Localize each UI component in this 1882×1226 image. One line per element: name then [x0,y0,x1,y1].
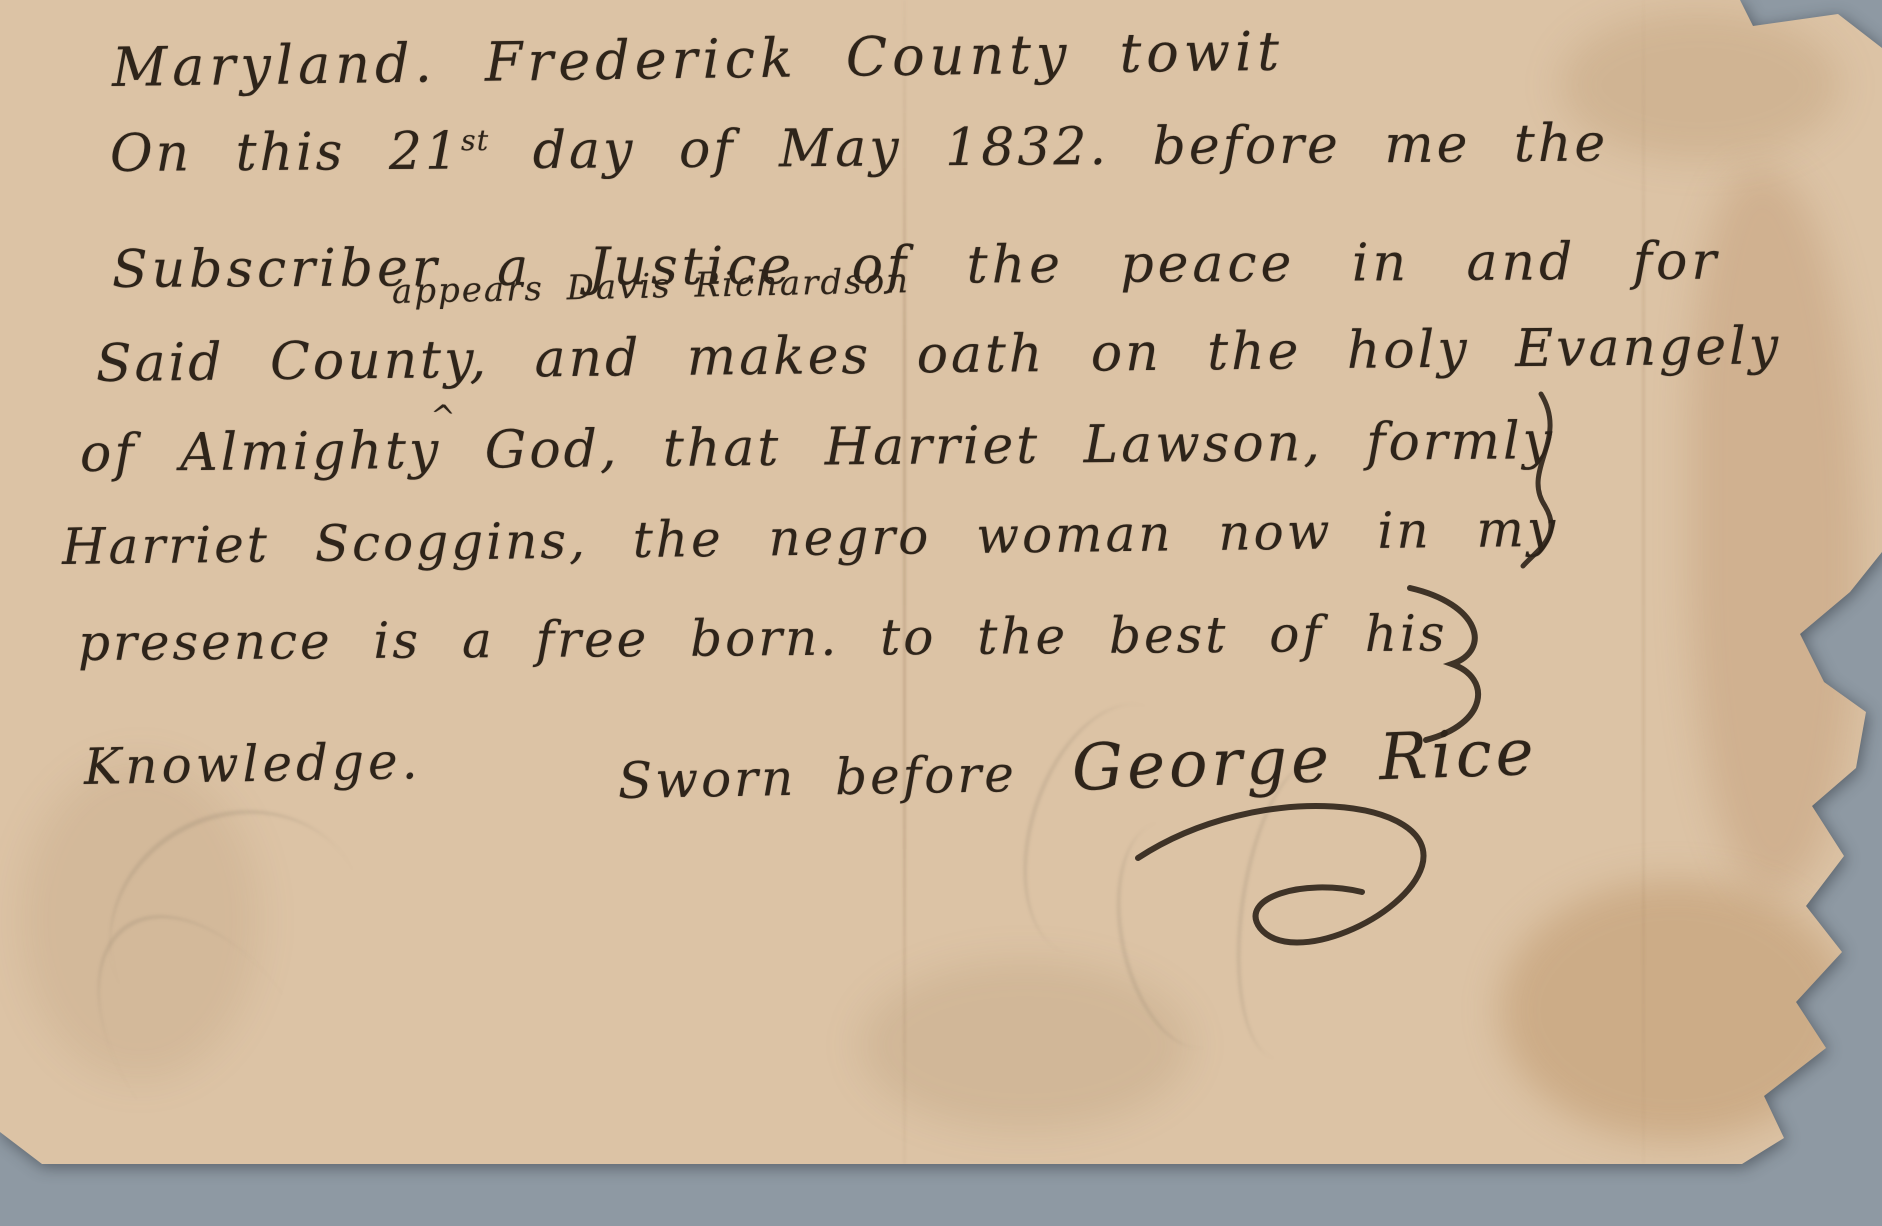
stain-bottom-right [1500,880,1850,1140]
manuscript-paper: Maryland. Frederick County towit On this… [0,0,1882,1164]
body-line-5: presence is a free born. to the best of … [78,604,1448,672]
place-heading: Maryland. Frederick County towit [112,20,1285,99]
document-scan: Maryland. Frederick County towit On this… [0,0,1882,1164]
body-line-2: Said County, and makes oath on the holy … [96,316,1782,394]
body-line-3: of Almighty God, that Harriet Lawson, fo… [80,411,1555,484]
ordinal-superscript: st [461,123,489,157]
signature-flourish [1110,796,1500,996]
date-line: On this 21st day of May 1832. before me … [110,114,1609,184]
attestation-text: Sworn before [617,745,1017,810]
body-line-6: Knowledge. [83,732,422,796]
body-line-4: Harriet Scoggins, the negro woman now in… [62,500,1559,576]
pen-flourish-evangely [1503,388,1575,573]
date-line-post: day of May 1832. before me the [489,114,1608,182]
date-line-pre: On this 21 [110,122,461,184]
pen-flourish-closing-brace [1396,578,1506,748]
body-line-1: Subscriber a Justice of the peace in and… [112,232,1721,300]
fold-crease-right [1642,0,1645,1164]
